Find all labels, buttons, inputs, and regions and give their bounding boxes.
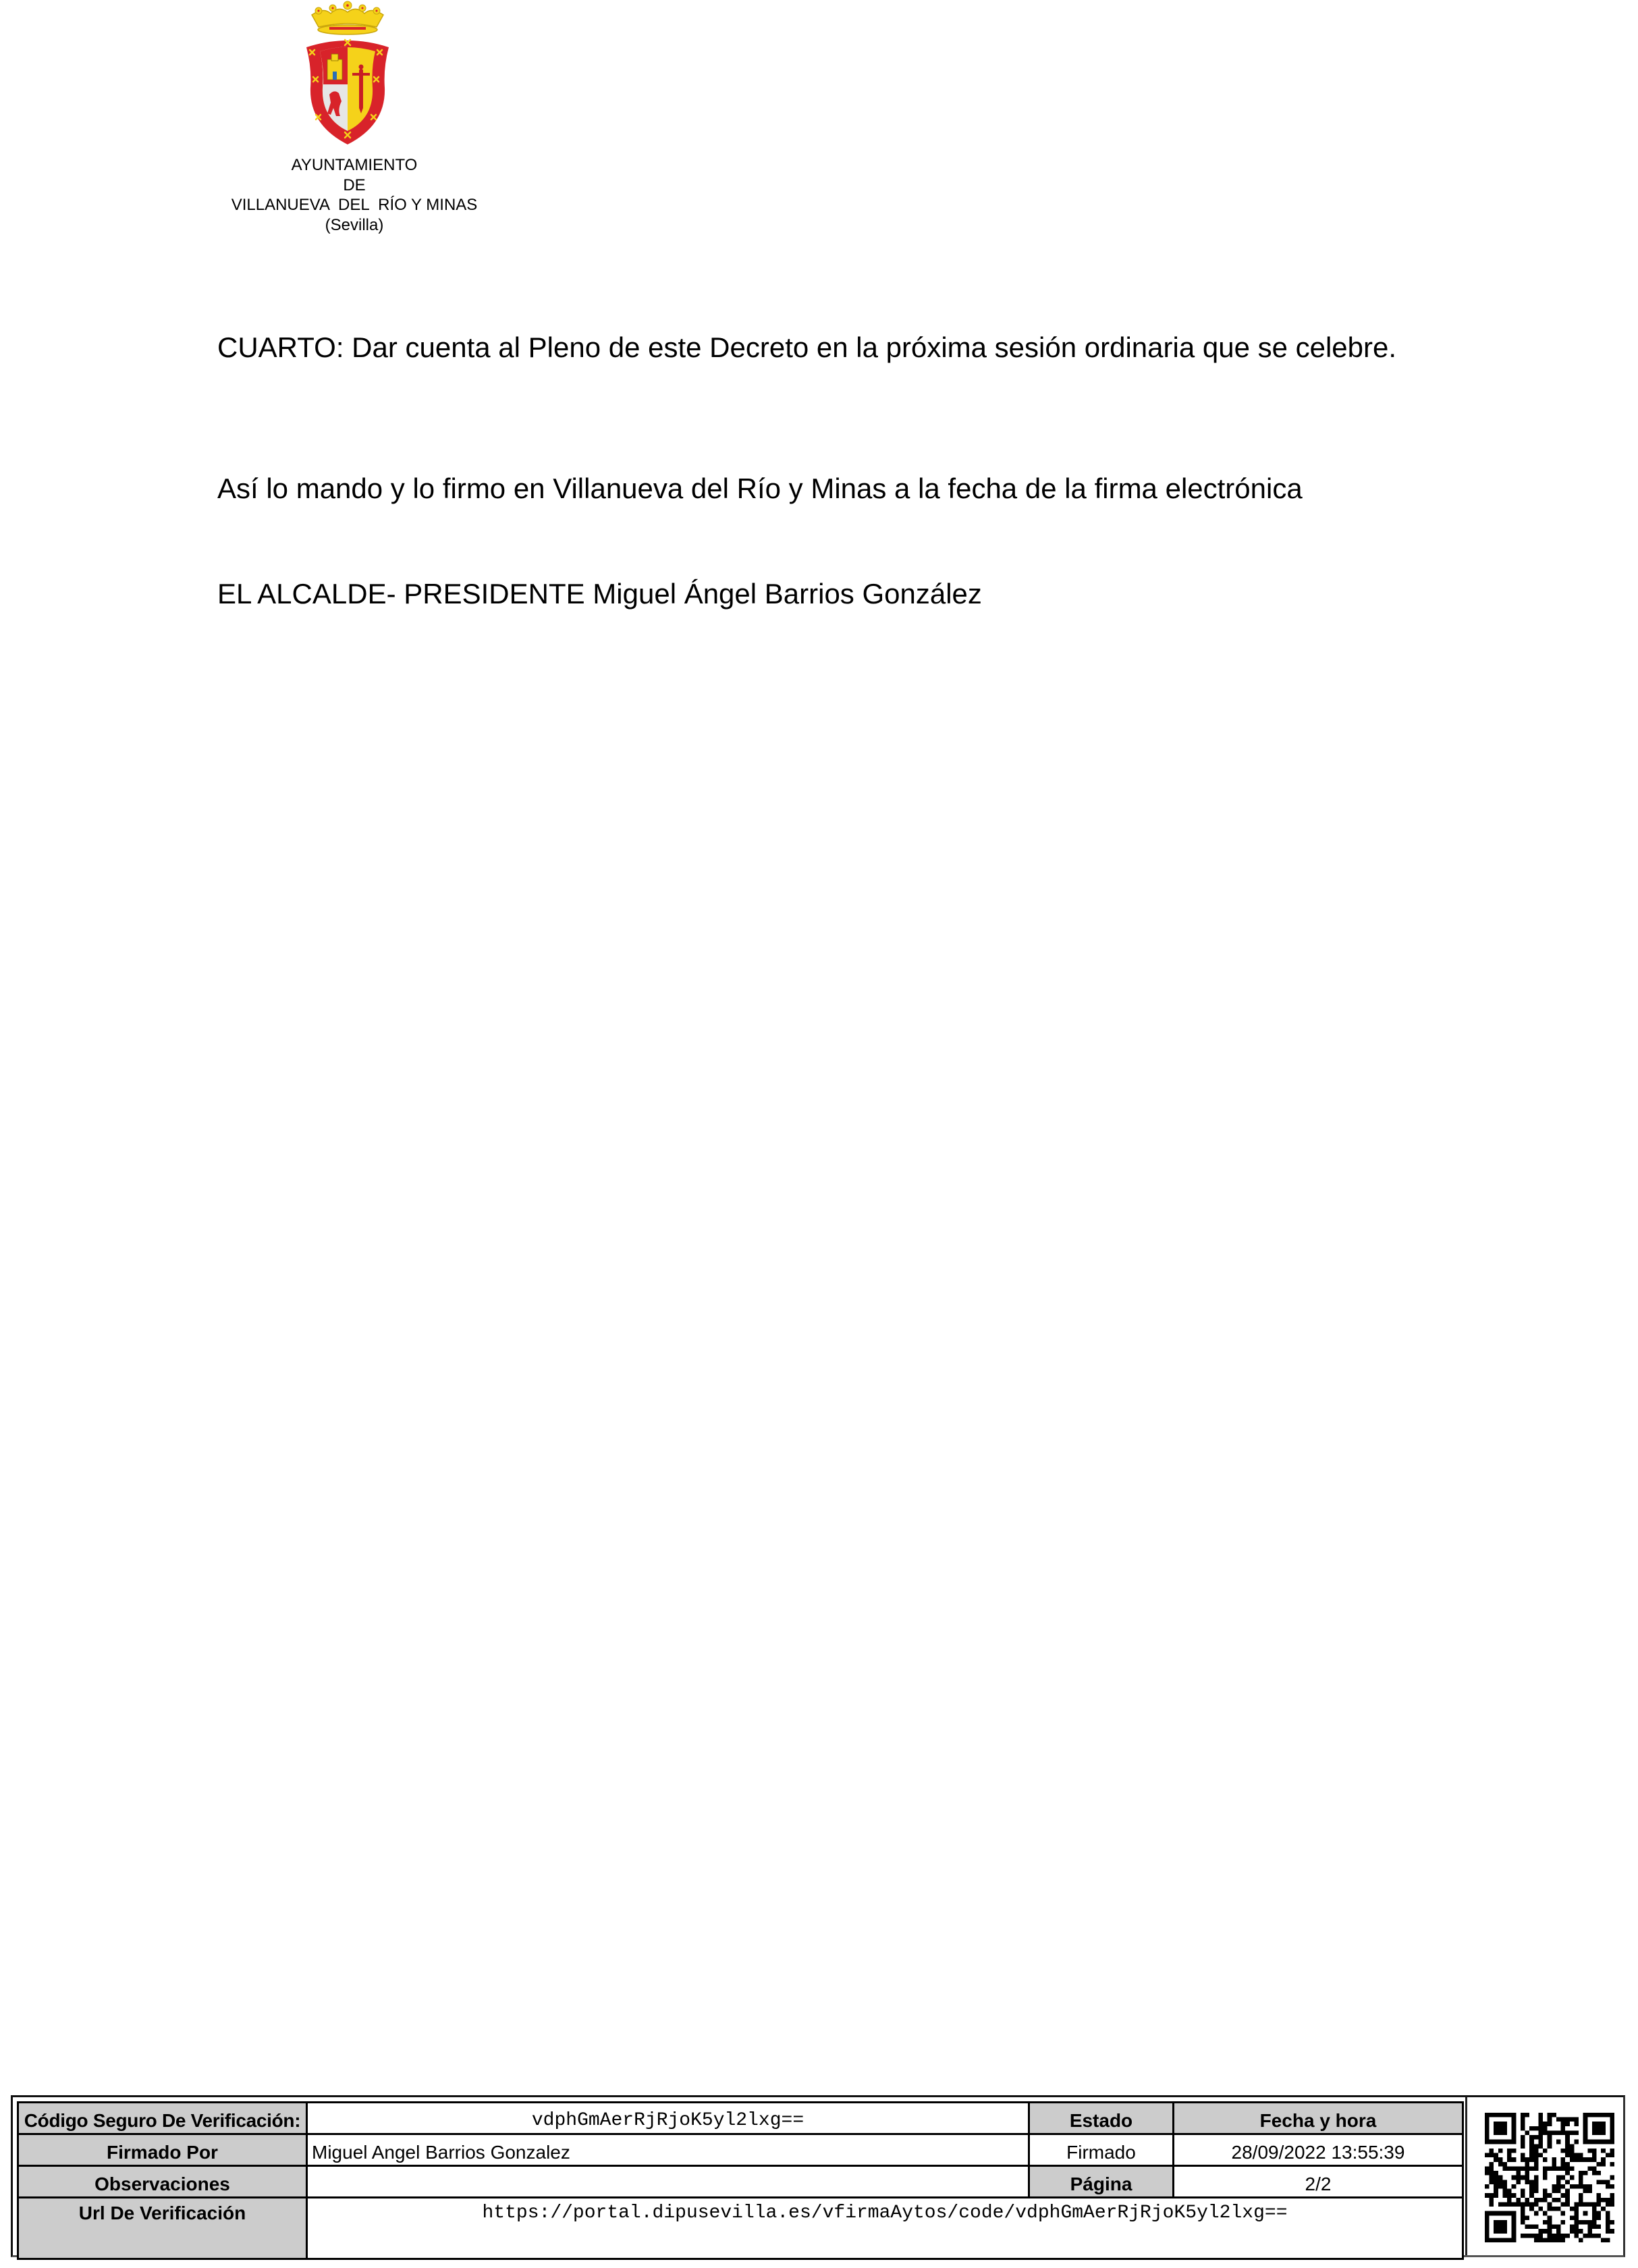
qr-code-box	[1465, 2097, 1623, 2255]
page-label: Página	[1029, 2166, 1174, 2198]
status-label: Estado	[1029, 2103, 1174, 2134]
url-label: Url De Verificación	[18, 2198, 307, 2259]
paragraph-signature-statement: Así lo mando y lo firmo en Villanueva de…	[217, 470, 1479, 506]
status-value: Firmado	[1029, 2134, 1174, 2166]
coat-of-arms-icon	[297, 0, 398, 150]
crown-icon	[312, 1, 383, 34]
verification-url[interactable]: https://portal.dipusevilla.es/vfirmaAyto…	[307, 2198, 1463, 2259]
signed-by-value: Miguel Angel Barrios Gonzalez	[307, 2134, 1029, 2166]
paragraph-cuarto: CUARTO: Dar cuenta al Pleno de este Decr…	[217, 329, 1479, 365]
org-line: AYUNTAMIENTO	[152, 155, 557, 175]
signed-by-label: Firmado Por	[18, 2134, 307, 2166]
org-line: DE	[152, 175, 557, 196]
org-line: (Sevilla)	[152, 215, 557, 236]
table-row: Firmado Por Miguel Angel Barrios Gonzale…	[18, 2134, 1463, 2166]
observations-value	[307, 2166, 1029, 2198]
table-row: Url De Verificación https://portal.dipus…	[18, 2198, 1463, 2259]
datetime-label: Fecha y hora	[1174, 2103, 1463, 2134]
csv-value: vdphGmAerRjRjoK5yl2lxg==	[307, 2103, 1029, 2134]
table-row: Código Seguro De Verificación: vdphGmAer…	[18, 2103, 1463, 2134]
organization-name: AYUNTAMIENTO DE VILLANUEVA DEL RÍO Y MIN…	[152, 155, 557, 235]
page-value: 2/2	[1174, 2166, 1463, 2198]
table-row: Observaciones Página 2/2	[18, 2166, 1463, 2198]
qr-code-icon[interactable]	[1485, 2113, 1614, 2242]
org-line: VILLANUEVA DEL RÍO Y MINAS	[152, 195, 557, 215]
signatory-line: EL ALCALDE- PRESIDENTE Miguel Ángel Barr…	[217, 576, 1479, 612]
verification-table: Código Seguro De Verificación: vdphGmAer…	[17, 2101, 1464, 2260]
csv-label: Código Seguro De Verificación:	[18, 2103, 307, 2134]
datetime-value: 28/09/2022 13:55:39	[1174, 2134, 1463, 2166]
coat-of-arms-logo	[297, 0, 398, 150]
observations-label: Observaciones	[18, 2166, 307, 2198]
